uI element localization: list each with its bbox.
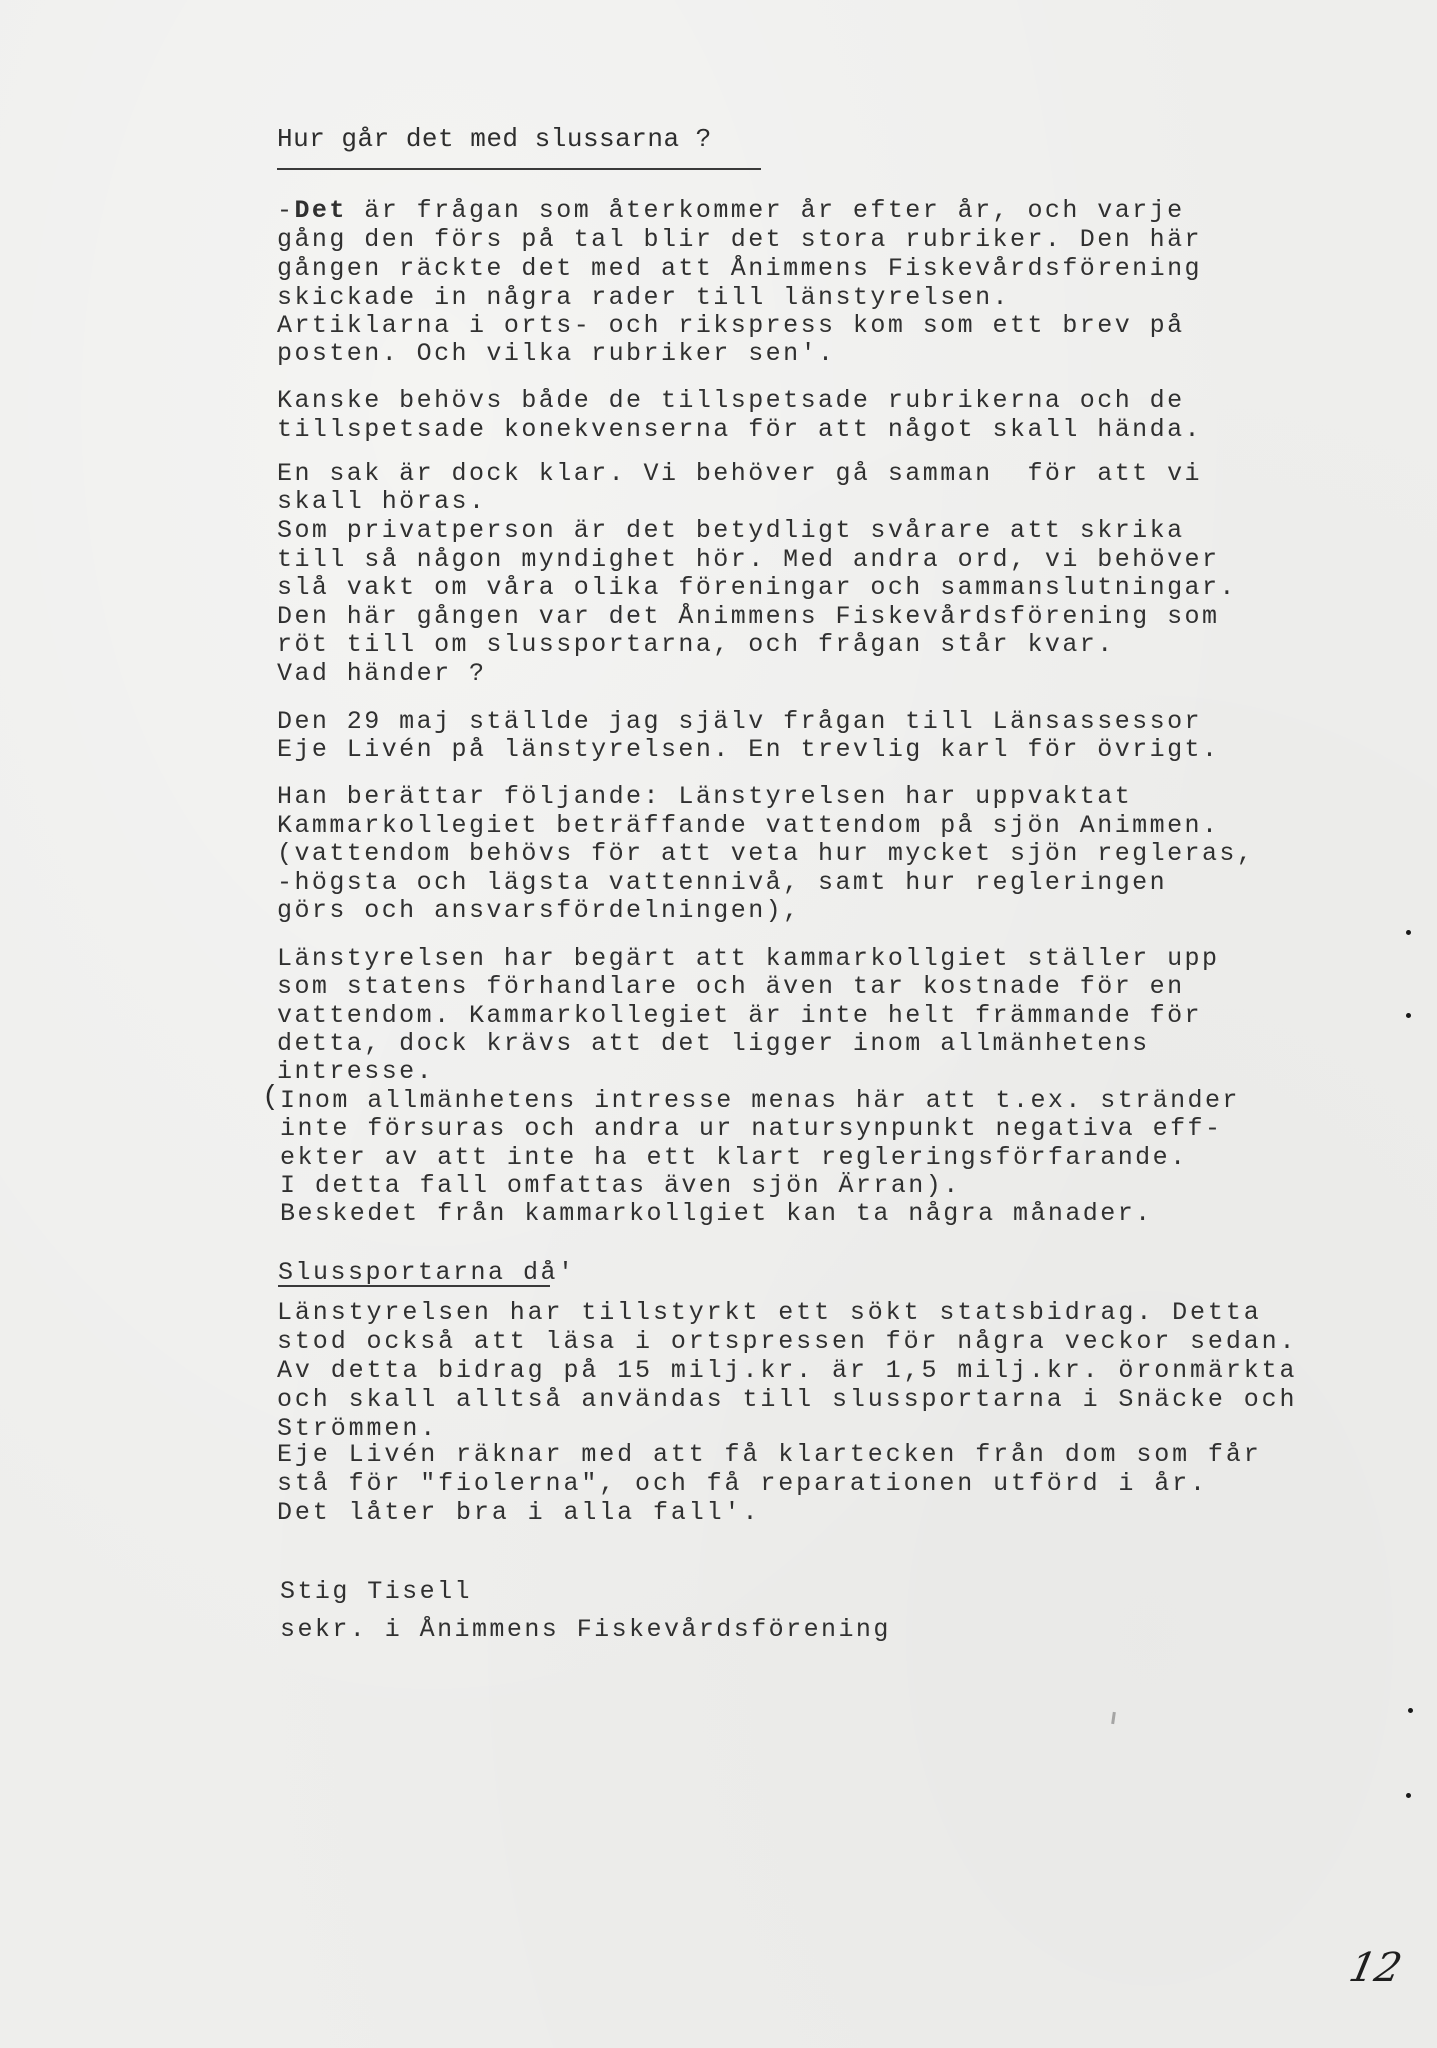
text-line: I detta fall omfattas även sjön Ärran).	[280, 1171, 961, 1200]
page-number: 12	[1345, 1945, 1406, 1991]
text-line: -högsta och lägsta vattennivå, samt hur …	[277, 868, 1167, 897]
text-line: som statens förhandlare och även tar kos…	[277, 972, 1185, 1001]
text-line: Vad händer ?	[277, 659, 486, 688]
text-line: Det låter bra i alla fall'.	[277, 1498, 760, 1527]
text-line: Den här gången var det Ånimmens Fiskevår…	[277, 602, 1219, 631]
text-line: görs och ansvarsfördelningen),	[277, 896, 801, 925]
text-line: (vattendom behövs för att veta hur mycke…	[277, 839, 1254, 868]
margin-dot	[1408, 1708, 1413, 1713]
text-line: Strömmen.	[277, 1414, 438, 1443]
text-line: röt till om slussportarna, och frågan st…	[277, 630, 1115, 659]
text-line: Som privatperson är det betydligt svårar…	[277, 516, 1185, 545]
text-line: detta, dock krävs att det ligger inom al…	[277, 1029, 1150, 1058]
open-parenthesis: (	[262, 1082, 279, 1113]
text-line: Den 29 maj ställde jag själv frågan till…	[277, 707, 1202, 736]
scan-speck	[1111, 1712, 1116, 1724]
text-line: inte försuras och andra ur natursynpunkt…	[280, 1114, 1222, 1143]
signature-name: Stig Tisell	[280, 1577, 472, 1606]
text-line: skickade in några rader till länstyrelse…	[277, 283, 1010, 312]
text-line: och skall alltså användas till slussport…	[277, 1385, 1297, 1414]
text-line: Han berättar följande: Länstyrelsen har …	[277, 782, 1132, 811]
text-line: till så någon myndighet hör. Med andra o…	[277, 545, 1219, 574]
text-line: vattendom. Kammarkollegiet är inte helt …	[277, 1001, 1202, 1030]
text-line: ekter av att inte ha ett klart reglering…	[280, 1143, 1188, 1172]
text-line: Kanske behövs både de tillspetsade rubri…	[277, 386, 1185, 415]
emphasized-word: Det	[294, 196, 346, 225]
text-line: Inom allmänhetens intresse menas här att…	[280, 1086, 1240, 1115]
text-line: Länstyrelsen har begärt att kammarkollgi…	[277, 944, 1219, 973]
text-line: Av detta bidrag på 15 milj.kr. är 1,5 mi…	[277, 1356, 1297, 1385]
margin-dot	[1406, 930, 1411, 935]
text-line: gång den förs på tal blir det stora rubr…	[277, 225, 1202, 254]
text-line: posten. Och vilka rubriker sen'.	[277, 339, 835, 368]
text-line: Länstyrelsen har tillstyrkt ett sökt sta…	[277, 1298, 1262, 1327]
signature-role: sekr. i Ånimmens Fiskevårdsförening	[280, 1615, 891, 1644]
text-line: stod också att läsa i ortspressen för nå…	[277, 1327, 1297, 1356]
title-underline	[277, 168, 761, 170]
section-heading: Slussportarna då'	[278, 1258, 576, 1287]
text-line: stå för "fiolerna", och få reparationen …	[277, 1469, 1208, 1498]
text-line: -Det är frågan som återkommer år efter å…	[277, 196, 1185, 225]
text-line: gången räckte det med att Ånimmens Fiske…	[277, 254, 1202, 283]
text-line: Eje Livén räknar med att få klartecken f…	[277, 1440, 1262, 1469]
text-line: Eje Livén på länstyrelsen. En trevlig ka…	[277, 735, 1219, 764]
article-title: Hur går det med slussarna ?	[277, 124, 712, 154]
text-line: intresse.	[277, 1057, 434, 1086]
text-line: En sak är dock klar. Vi behöver gå samma…	[277, 459, 1202, 488]
margin-dot	[1406, 1013, 1411, 1018]
text-line: Artiklarna i orts- och rikspress kom som…	[277, 311, 1185, 340]
text-line: skall höras.	[277, 487, 486, 516]
section-heading-underline	[278, 1285, 550, 1287]
scanned-page: Hur går det med slussarna ? -Det är fråg…	[0, 0, 1437, 2048]
text-line: tillspetsade konekvenserna för att något…	[277, 415, 1202, 444]
margin-dot	[1406, 1793, 1411, 1798]
text-line: Beskedet från kammarkollgiet kan ta någr…	[280, 1199, 1153, 1228]
text-line: slå vakt om våra olika föreningar och sa…	[277, 573, 1237, 602]
text-line: Kammarkollegiet beträffande vattendom på…	[277, 811, 1219, 840]
